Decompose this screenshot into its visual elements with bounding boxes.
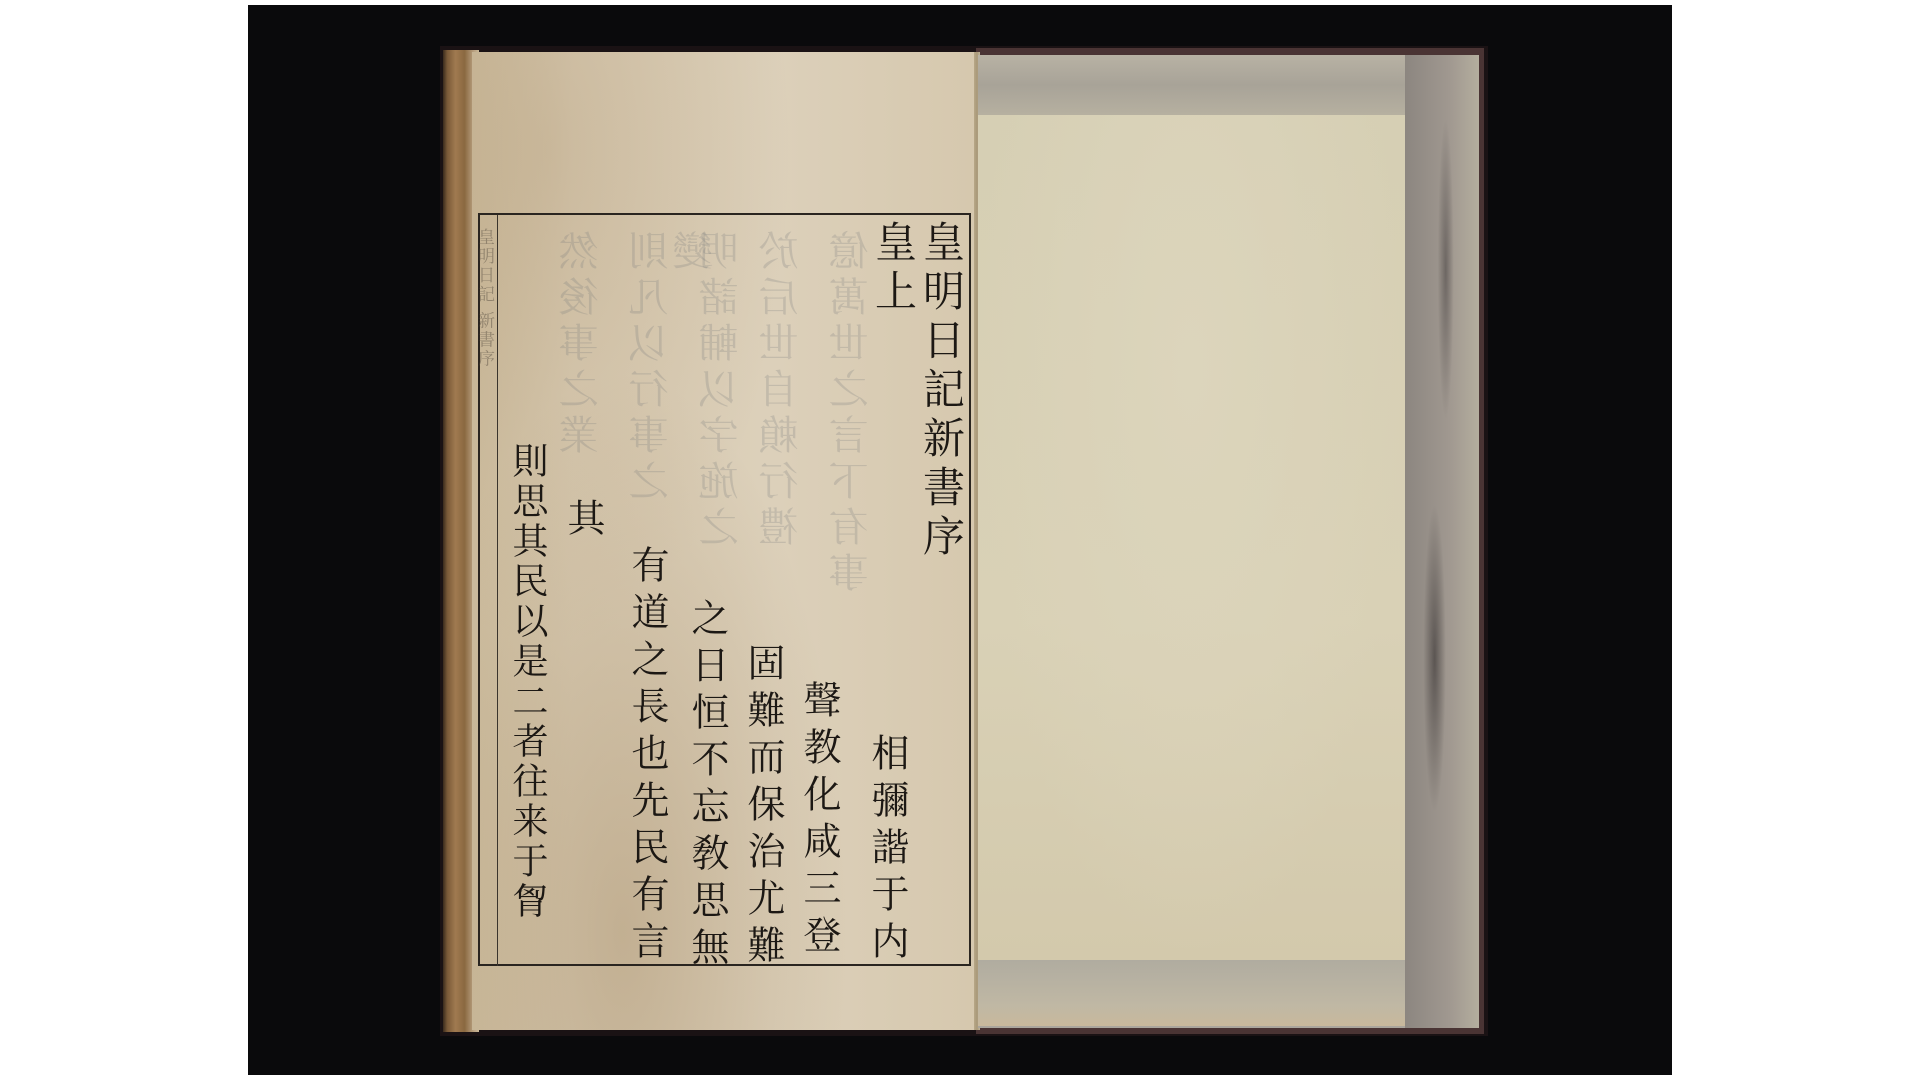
text-column: 固難而保治尤難 [742,643,784,972]
right-page-top-band [978,55,1405,115]
right-page-bottom-band [978,960,1405,1026]
text-column: 則思其民以是二者往来于胷 [506,442,548,922]
text-column-title: 皇明日記新書序 [918,220,964,563]
text-column: 有道之長也先民有言 [626,545,668,968]
text-column: 之日恒不忘敎思無 [686,598,728,974]
text-column: 其 [562,498,604,543]
right-page-blank-area [978,115,1405,960]
center-fold-label: 皇明日記 新書序 [479,228,497,368]
right-page-side-band [1405,55,1479,1028]
text-column: 聲教化咸三登 [798,680,840,962]
center-fold-line [497,215,498,966]
text-column: 皇上 [870,220,916,318]
text-column: 相彌諧于内 [866,733,908,968]
